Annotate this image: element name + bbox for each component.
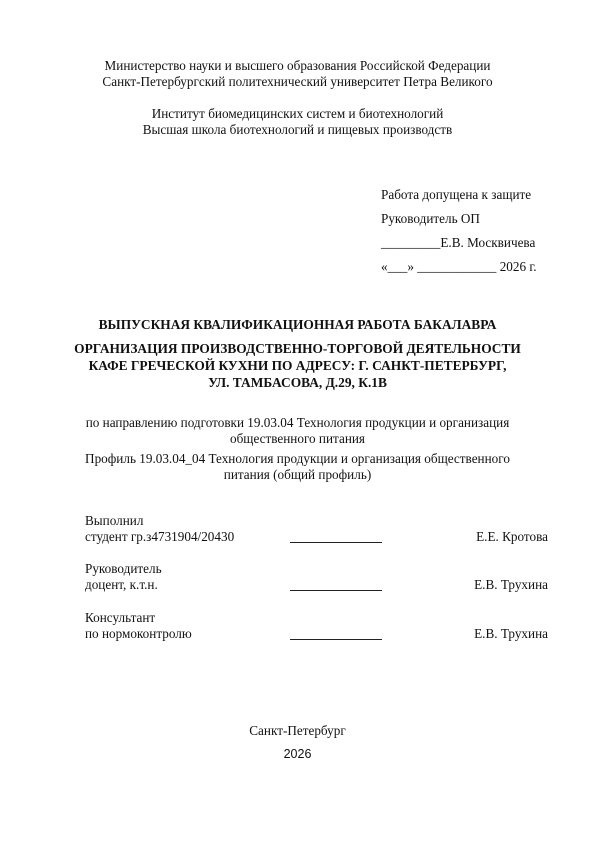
approval-admitted: Работа допущена к защите xyxy=(381,187,531,203)
direction-line-2: общественного питания xyxy=(0,431,595,447)
school-line: Высшая школа биотехнологий и пищевых про… xyxy=(0,122,595,138)
signature-role: Консультант xyxy=(85,610,155,626)
approval-head-op: Руководитель ОП xyxy=(381,211,480,227)
topic-line-2: КАФЕ ГРЕЧЕСКОЙ КУХНИ ПО АДРЕСУ: Г. САНКТ… xyxy=(0,357,595,374)
signature-line xyxy=(290,542,382,543)
direction-line-1: по направлению подготовки 19.03.04 Техно… xyxy=(0,415,595,431)
signature-name: Е.В. Трухина xyxy=(400,577,548,593)
profile-line-1: Профиль 19.03.04_04 Технология продукции… xyxy=(0,451,595,467)
signature-role: Выполнил xyxy=(85,513,143,529)
signature-name: Е.В. Трухина xyxy=(400,626,548,642)
approval-date: «___» ____________ 2026 г. xyxy=(381,259,537,275)
topic-line-3: УЛ. ТАМБАСОВА, Д.29, К.1В xyxy=(0,374,595,391)
signature-role: Руководитель xyxy=(85,561,162,577)
signature-line xyxy=(290,639,382,640)
signature-line xyxy=(290,590,382,591)
footer-city: Санкт-Петербург xyxy=(0,723,595,739)
signature-detail: студент гр.з4731904/20430 xyxy=(85,529,234,545)
signature-detail: по нормоконтролю xyxy=(85,626,192,642)
signature-name: Е.Е. Кротова xyxy=(400,529,548,545)
university-line: Санкт-Петербургский политехнический унив… xyxy=(0,74,595,90)
topic-line-1: ОРГАНИЗАЦИЯ ПРОИЗВОДСТВЕННО-ТОРГОВОЙ ДЕЯ… xyxy=(0,340,595,357)
signature-detail: доцент, к.т.н. xyxy=(85,577,158,593)
institute-line: Институт биомедицинских систем и биотехн… xyxy=(0,106,595,122)
ministry-line: Министерство науки и высшего образования… xyxy=(0,58,595,74)
approval-head-signature: _________Е.В. Москвичева xyxy=(381,235,535,251)
footer-year: 2026 xyxy=(0,746,595,762)
profile-line-2: питания (общий профиль) xyxy=(0,467,595,483)
work-type-title: ВЫПУСКНАЯ КВАЛИФИКАЦИОННАЯ РАБОТА БАКАЛА… xyxy=(0,316,595,333)
